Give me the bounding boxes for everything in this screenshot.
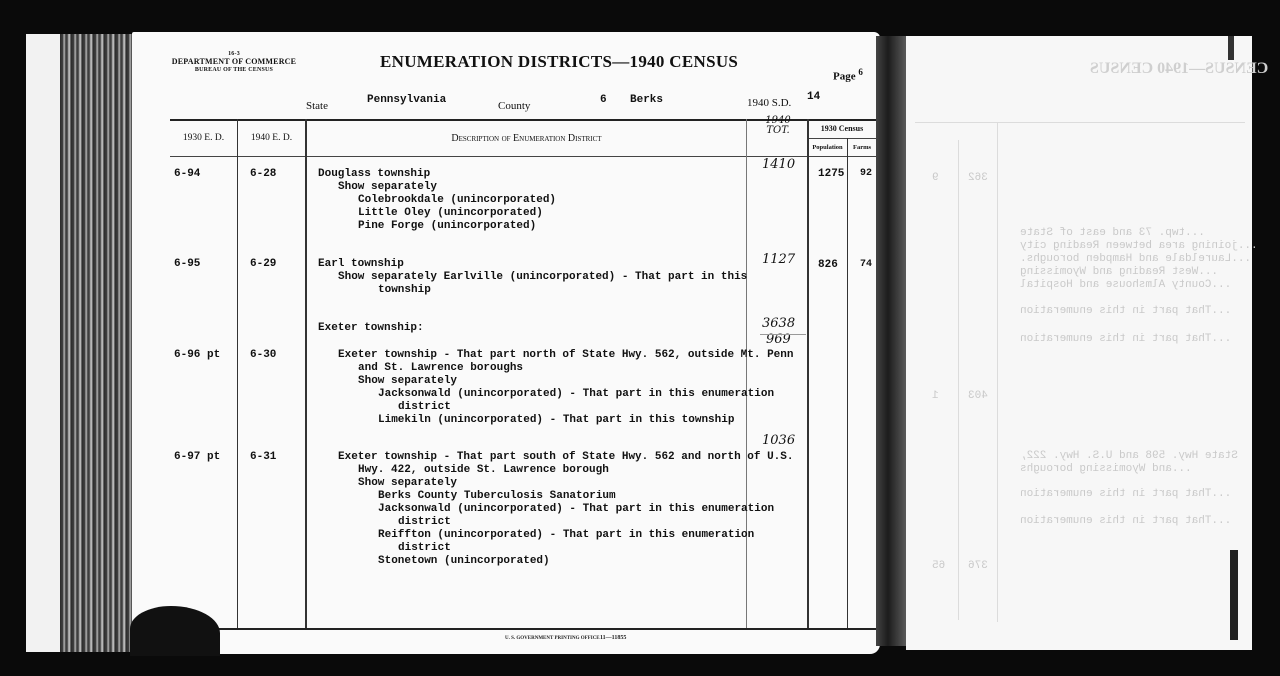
county-number: 6 <box>600 94 607 106</box>
ed-1930-value: 6-94 <box>174 168 200 180</box>
population-1930-value: 1275 <box>818 168 844 180</box>
description-line: district <box>398 516 451 528</box>
description-line: Reiffton (unincorporated) - That part in… <box>378 529 754 541</box>
description-line: Exeter township - That part north of Sta… <box>338 349 793 361</box>
description-line: Exeter township - That part south of Sta… <box>338 451 793 463</box>
ed-1940-value: 6-30 <box>250 349 276 361</box>
population-1930-value: 826 <box>818 259 838 271</box>
facing-page-rule <box>915 122 1245 123</box>
page-clip-mark <box>1228 36 1234 60</box>
total-1940-handwritten: 1036 <box>762 433 795 448</box>
page-label: Page 6 <box>833 67 863 83</box>
description-line: Douglass township <box>318 168 430 180</box>
page-tear-mark <box>1230 550 1238 640</box>
col-divider-1 <box>237 119 238 628</box>
state-label: State <box>306 100 328 112</box>
description-line: Pine Forge (unincorporated) <box>358 220 536 232</box>
book-gutter <box>876 36 906 646</box>
facing-page-ghost-line: ...Laureldale and Hampden boroughs. <box>1020 253 1251 265</box>
col-header-farms: Farms <box>848 144 876 151</box>
table-bottom-rule <box>170 628 876 630</box>
facing-page-ghost-line: ...That part in this enumeration <box>1020 515 1231 527</box>
total-1940-handwritten: 1410 <box>762 157 795 172</box>
description-line: Stonetown (unincorporated) <box>378 555 550 567</box>
description-line: Jacksonwald (unincorporated) - That part… <box>378 388 774 400</box>
description-line: Berks County Tuberculosis Sanatorium <box>378 490 616 502</box>
facing-page-ghost-line: ...West Reading and Wyomissing <box>1020 266 1218 278</box>
form-title: ENUMERATION DISTRICTS—1940 CENSUS <box>380 52 738 72</box>
facing-page-col-divider-2 <box>958 140 959 620</box>
state-value: Pennsylvania <box>367 94 446 106</box>
facing-page-ghost-line: ...That part in this enumeration <box>1020 333 1231 345</box>
footer-code: 11—11855 <box>600 635 626 641</box>
description-line: Show separately Earlville (unincorporate… <box>338 271 747 283</box>
description-line: district <box>398 401 451 413</box>
description-line: Little Oley (unincorporated) <box>358 207 543 219</box>
col-header-1940-ed: 1940 E. D. <box>238 133 305 143</box>
description-line: Hwy. 422, outside St. Lawrence borough <box>358 464 609 476</box>
facing-page-ghost-number: 65 <box>932 560 945 572</box>
facing-page-ghost-number: 9 <box>932 172 939 184</box>
book-page-edges <box>60 34 136 652</box>
farms-1930-value: 92 <box>860 168 872 179</box>
total-1940-handwritten: 1127 <box>762 252 795 267</box>
facing-page-ghost-line: ...twp. 73 and east of State <box>1020 227 1205 239</box>
total-1940-handwritten: 3638 <box>762 316 795 331</box>
ed-1930-value: 6-96 pt <box>174 349 220 361</box>
col-divider-5 <box>847 138 848 628</box>
description-line: township <box>378 284 431 296</box>
bureau-name: BUREAU OF THE CENSUS <box>166 66 302 74</box>
sd-value: 14 <box>807 91 820 103</box>
facing-page-col-divider <box>997 122 998 622</box>
description-line: Show separately <box>358 375 457 387</box>
facing-page-title: CENSUS—1940 CENSUS <box>1090 60 1268 78</box>
sd-label: 1940 S.D. <box>747 97 791 109</box>
col-header-1940-total-handwritten: 1940 TOT. <box>758 116 798 136</box>
page-label-text: Page <box>833 71 856 83</box>
description-line: and St. Lawrence boroughs <box>358 362 523 374</box>
facing-page-ghost-line: ...County Almshouse and Hospital <box>1020 279 1231 291</box>
census-subheader-rule <box>808 138 876 139</box>
thumb-shadow <box>130 606 220 656</box>
facing-page-ghost-line: ...joining area between Reading city <box>1020 240 1258 252</box>
col-divider-2 <box>305 119 307 628</box>
department-name: DEPARTMENT OF COMMERCE <box>166 58 302 66</box>
col-divider-4 <box>807 119 809 628</box>
header-bottom-rule <box>170 156 806 157</box>
header-bottom-rule-right <box>806 156 878 157</box>
page-number: 6 <box>858 67 863 77</box>
facing-page-ghost-number: 376 <box>968 560 988 572</box>
description-line: Limekiln (unincorporated) - That part in… <box>378 414 734 426</box>
description-line: Colebrookdale (unincorporated) <box>358 194 556 206</box>
description-line: Exeter township: <box>318 322 424 334</box>
col-divider-3 <box>746 119 747 628</box>
facing-page-ghost-line: ...and Wyomissing boroughs <box>1020 463 1192 475</box>
description-line: Jacksonwald (unincorporated) - That part… <box>378 503 774 515</box>
subtotal-rule <box>760 334 806 335</box>
farms-1930-value: 74 <box>860 259 872 270</box>
county-value: Berks <box>630 94 663 106</box>
col-header-population: Population <box>808 144 847 151</box>
description-line: Show separately <box>358 477 457 489</box>
department-header: 16-3 DEPARTMENT OF COMMERCE BUREAU OF TH… <box>166 50 302 74</box>
facing-page-ghost-line: ...That part in this enumeration <box>1020 488 1231 500</box>
ed-1940-value: 6-31 <box>250 451 276 463</box>
ed-1940-value: 6-29 <box>250 258 276 270</box>
ed-1940-value: 6-28 <box>250 168 276 180</box>
facing-page-ghost-number: 1 <box>932 390 939 402</box>
ed-1930-value: 6-97 pt <box>174 451 220 463</box>
facing-page-ghost-number: 403 <box>968 390 988 402</box>
county-label: County <box>498 100 530 112</box>
description-line: Earl township <box>318 258 404 270</box>
facing-page-ghost-line: State Hwy. 598 and U.S. Hwy. 222, <box>1020 450 1238 462</box>
ed-1930-value: 6-95 <box>174 258 200 270</box>
col-header-description: Description of Enumeration District <box>307 133 746 144</box>
description-line: district <box>398 542 451 554</box>
footer-printer: U. S. GOVERNMENT PRINTING OFFICE <box>505 636 600 641</box>
facing-page-ghost-line: ...That part in this enumeration <box>1020 305 1231 317</box>
facing-page-ghost-number: 362 <box>968 172 988 184</box>
description-line: Show separately <box>338 181 437 193</box>
col-header-1930-census: 1930 Census <box>808 124 876 133</box>
col-header-1930-ed: 1930 E. D. <box>170 133 237 143</box>
